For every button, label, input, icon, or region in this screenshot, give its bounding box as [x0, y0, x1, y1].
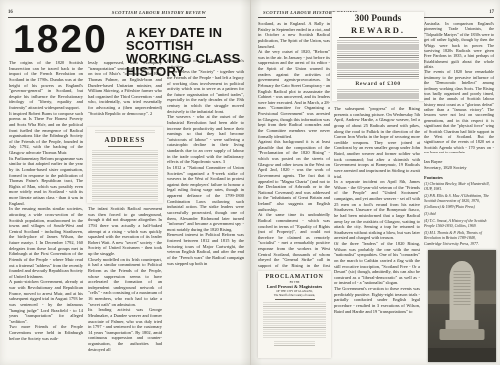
dense-print — [263, 302, 326, 338]
journal-title-left: SCOTTISH LABOUR HISTORY REVIEW — [60, 10, 206, 15]
dense-print — [274, 341, 315, 347]
reward-poster-facsimile: 300 Pounds REWARD. Reward of £300 — [332, 12, 424, 101]
byline: Ian Bayne Secretary, 1820 Society — [424, 159, 494, 171]
byline-role: Secretary, 1820 Society — [424, 165, 494, 171]
reward-poster-mid-line: Reward of £300 — [332, 81, 424, 87]
magazine-spread: 16 SCOTTISH LABOUR HISTORY REVIEW 1820 A… — [0, 0, 500, 365]
proclamation-by-line: BY THE — [258, 281, 331, 284]
headstone-base-upper — [446, 320, 479, 329]
proclamation-sheriff: The Sheriff of the County of Lanark, — [258, 294, 331, 297]
proclamation-city: OF THE CITY OF GLASGOW, — [258, 290, 331, 293]
poster-rule — [339, 37, 417, 38]
left-column-3: their record of the United Scotsmen's ac… — [167, 58, 244, 356]
reward-poster-headline1: 300 Pounds — [332, 14, 424, 24]
headstone-inscription — [454, 271, 471, 307]
photo-foreground — [428, 348, 496, 362]
right-page-number: 17 — [440, 10, 494, 15]
proclamation-facsimile: PROCLAMATION BY THE Lord Provost & Magis… — [258, 271, 331, 358]
right-column-2: The subsequent "progress" of the Rising … — [334, 106, 420, 358]
proclamation-title: PROCLAMATION — [258, 274, 331, 280]
headline-title-line1: A KEY DATE IN SCOTTISH — [126, 26, 246, 52]
footnote-item: (1) Christina Bewley, Muir of Huntershil… — [424, 182, 494, 192]
left-column-1: The origins of the 1820 Scottish Insurre… — [9, 60, 83, 356]
proclamation-authority: Lord Provost & Magistrates — [258, 284, 331, 289]
footnote-item: (3) ibid — [424, 212, 494, 217]
right-column-3: Australia. In comparison England's pione… — [424, 21, 494, 153]
left-page-number: 16 — [8, 10, 13, 15]
footnote-item: (5) M.I. Thomis & P. Holt, Threats of Re… — [424, 231, 494, 246]
facsimile-rule — [108, 146, 142, 147]
headstone-shape — [450, 261, 475, 321]
page-gutter-line — [250, 0, 251, 365]
left-column-2-bottom: The infant Scottish Radical movement was… — [88, 206, 162, 356]
dense-print — [337, 40, 419, 80]
footnotes-list: (1) Christina Bewley, Muir of Huntershil… — [424, 182, 494, 247]
reward-poster-headline2: REWARD. — [332, 25, 424, 35]
dense-print — [95, 130, 155, 134]
address-facsimile-title: ADDRESS — [87, 136, 163, 144]
facsimile-rule — [275, 299, 315, 300]
headline-year: 1820 — [13, 22, 108, 58]
headstone-base-lower — [440, 329, 485, 340]
footnote-item: (2) P.B. Ellis & S. Mac A'Ghobhainn, The… — [424, 194, 494, 209]
footnotes-heading: Footnotes — [424, 175, 443, 180]
right-column-1: Scotland, as in England. A Rally in Pais… — [258, 21, 330, 268]
dense-print — [92, 150, 158, 202]
dense-print — [337, 89, 419, 101]
address-facsimile: ADDRESS — [87, 127, 163, 203]
footnote-item: (4) T.C. Smout, A History of the Scottis… — [424, 219, 494, 229]
left-column-2-top: lessly suppressed, with exemplary "trans… — [88, 60, 162, 124]
martyrs-monument-photo — [428, 250, 496, 362]
